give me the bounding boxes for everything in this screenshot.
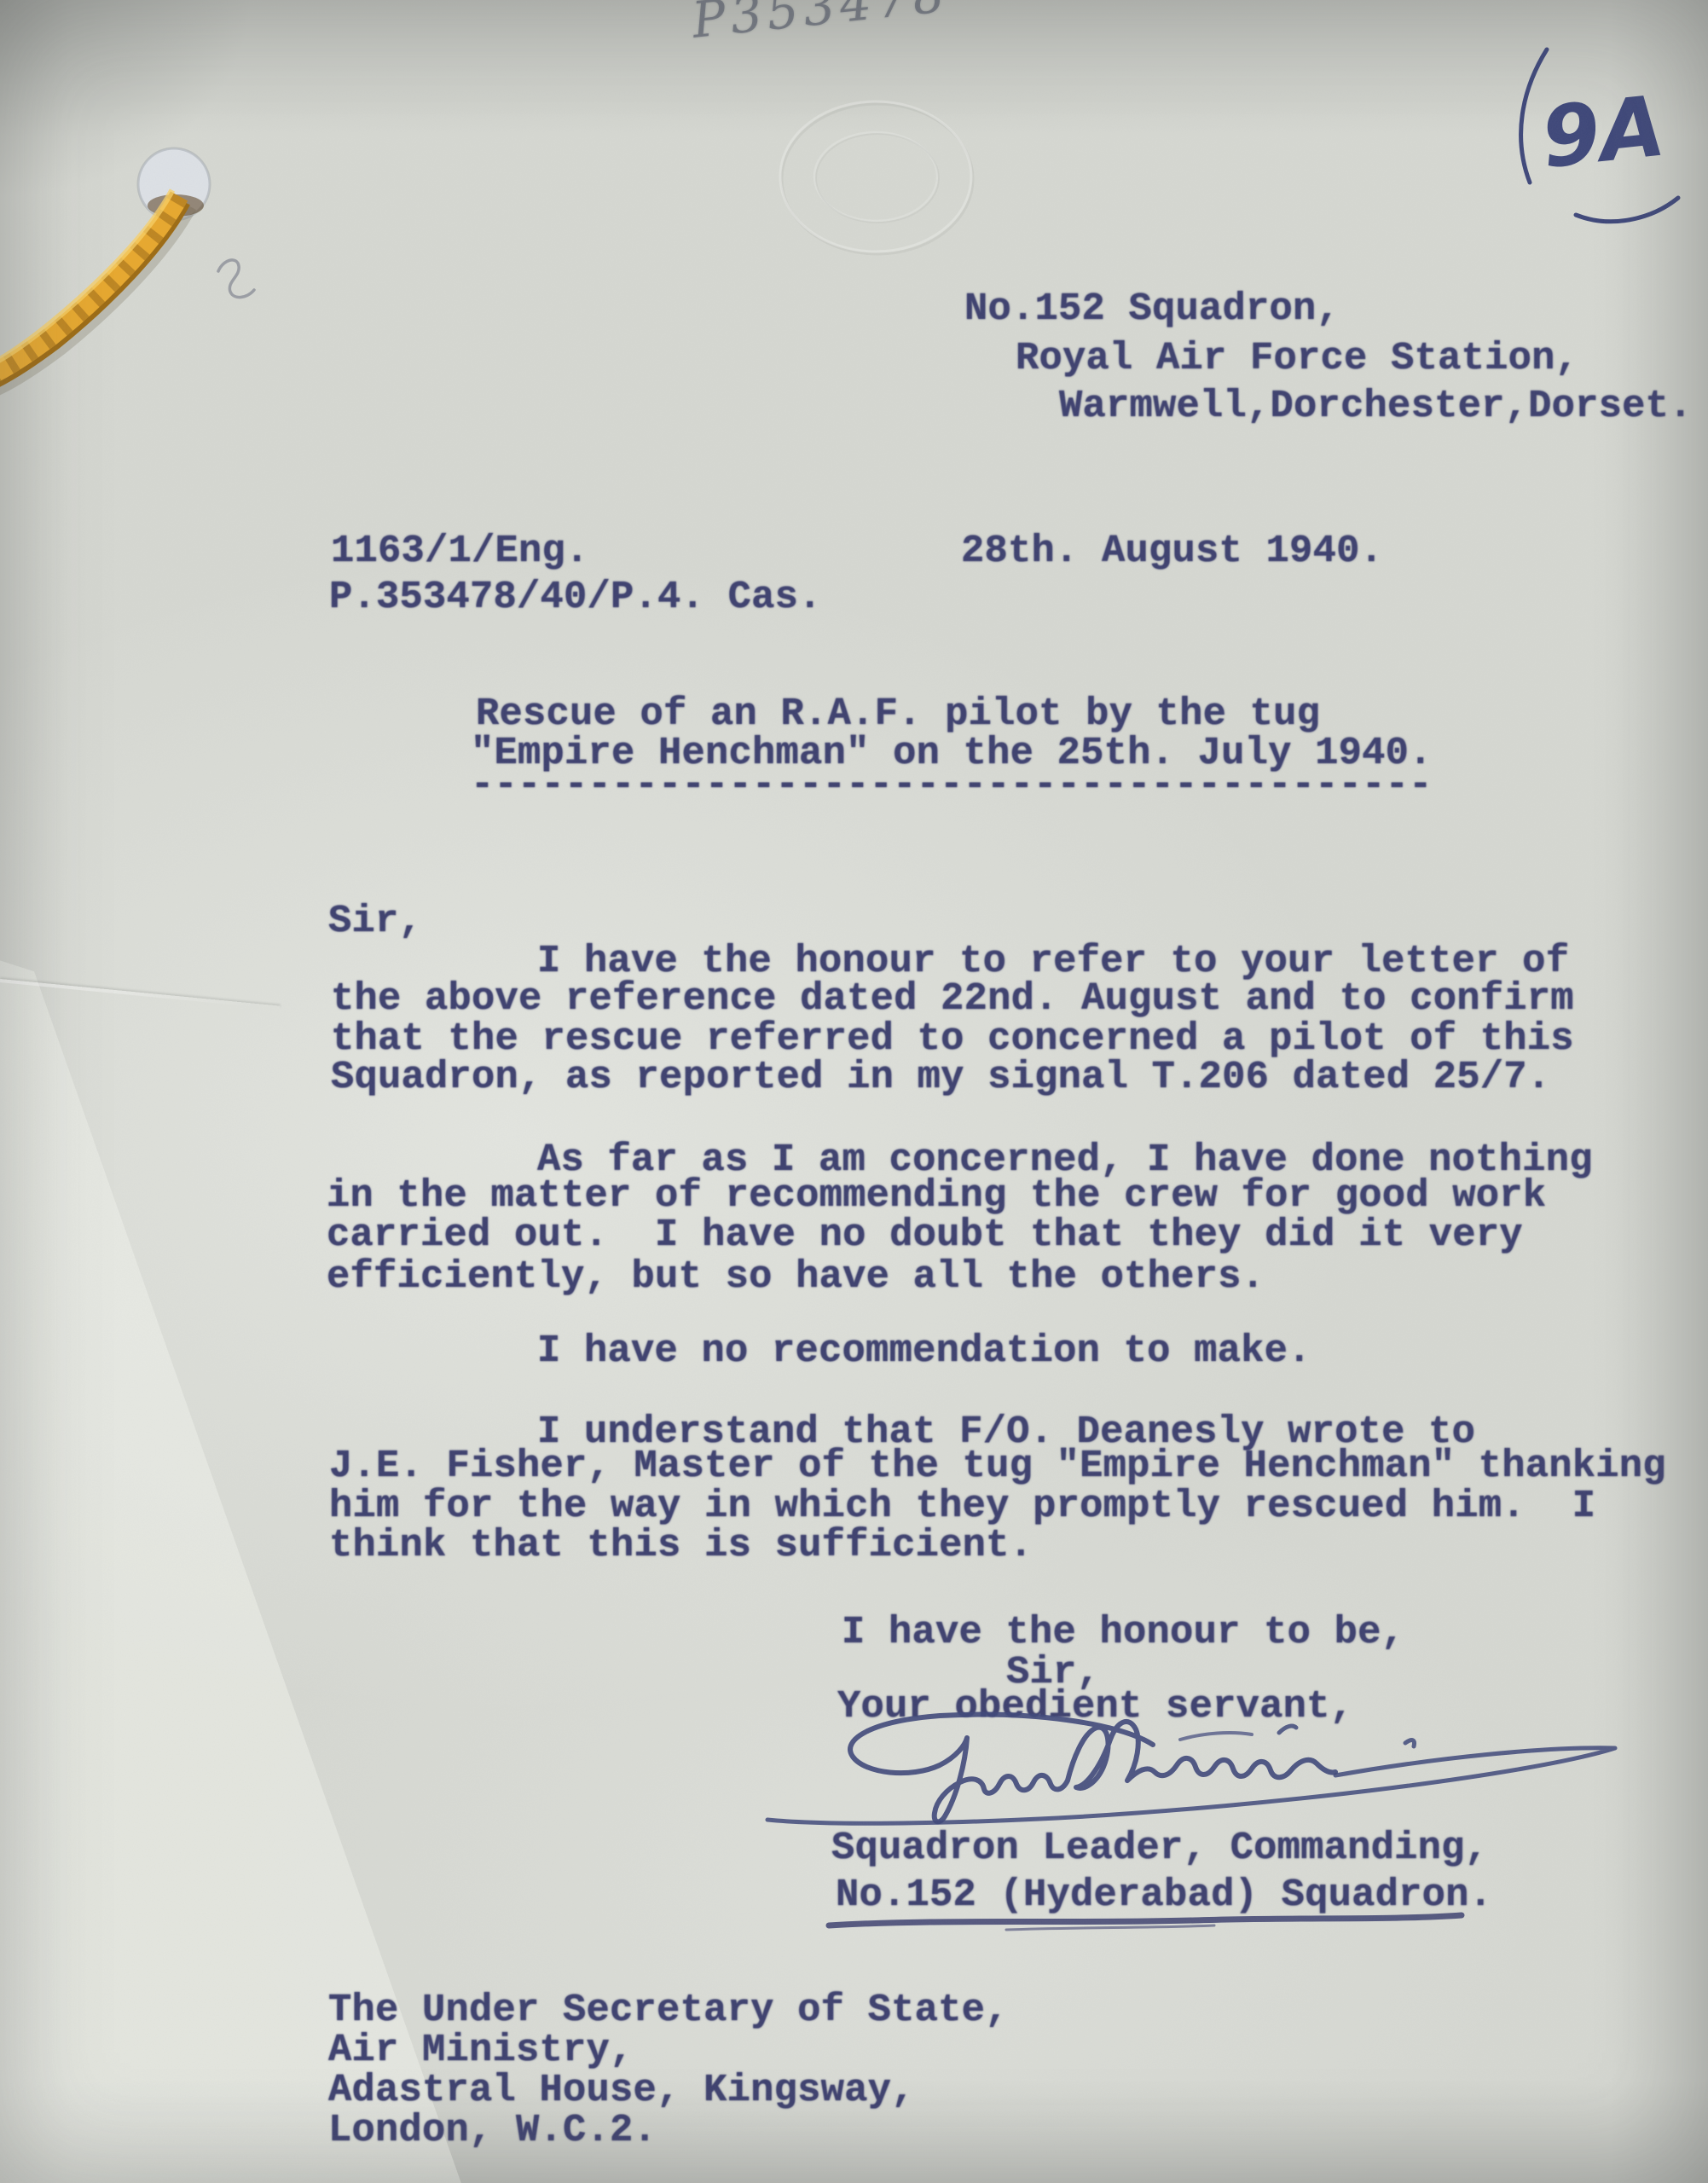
paragraph-1-line-3: that the rescue referred to concerned a …: [331, 1020, 1574, 1059]
reference-line-1: 1163/1/Eng.: [331, 532, 589, 571]
recipient-line-3: Adastral House, Kingsway,: [328, 2071, 915, 2111]
salutation: Sir,: [328, 902, 422, 941]
recipient-line-1: The Under Secretary of State,: [328, 1991, 1009, 2030]
signature-block-line-1: Squadron Leader, Commanding,: [831, 1829, 1488, 1868]
paragraph-2-line-3: carried out. I have no doubt that they d…: [327, 1216, 1523, 1255]
valediction-line-1: I have the honour to be,: [842, 1613, 1404, 1653]
paragraph-2-line-2: in the matter of recommending the crew f…: [327, 1177, 1546, 1216]
letterhead-line-1: No.152 Squadron,: [964, 290, 1340, 329]
paragraph-1-line-4: Squadron, as reported in my signal T.206…: [331, 1058, 1550, 1097]
recipient-line-4: London, W.C.2.: [328, 2111, 657, 2151]
paragraph-1-line-2: the above reference dated 22nd. August a…: [331, 980, 1574, 1019]
paragraph-1-line-1: I have the honour to refer to your lette…: [537, 942, 1569, 981]
letter-page: P353478 No.152 Squadron, Royal Air Force…: [0, 0, 1708, 2183]
reference-line-2: P.353478/40/P.4. Cas.: [329, 578, 822, 617]
typed-text-layer: No.152 Squadron, Royal Air Force Station…: [0, 0, 1708, 2183]
paragraph-2-line-4: efficiently, but so have all the others.: [327, 1258, 1265, 1297]
paragraph-4-line-3: him for the way in which they promptly r…: [329, 1487, 1595, 1526]
letterhead-line-3: Warmwell,Dorchester,Dorset.: [1059, 387, 1693, 426]
subject-line-1: Rescue of an R.A.F. pilot by the tug: [476, 695, 1320, 734]
date-line: 28th. August 1940.: [961, 532, 1383, 571]
valediction-line-3: Your obedient servant,: [837, 1688, 1353, 1727]
paragraph-4-line-2: J.E. Fisher, Master of the tug "Empire H…: [329, 1447, 1666, 1486]
letterhead-line-2: Royal Air Force Station,: [1016, 339, 1578, 379]
paragraph-3-line-1: I have no recommendation to make.: [537, 1332, 1311, 1371]
recipient-line-2: Air Ministry,: [328, 2031, 634, 2070]
subject-dashed-rule: ----------------------------------------…: [471, 766, 1433, 805]
paragraph-4-line-4: think that this is sufficient.: [329, 1526, 1033, 1566]
signature-block-line-2: No.152 (Hyderabad) Squadron.: [836, 1876, 1492, 1915]
